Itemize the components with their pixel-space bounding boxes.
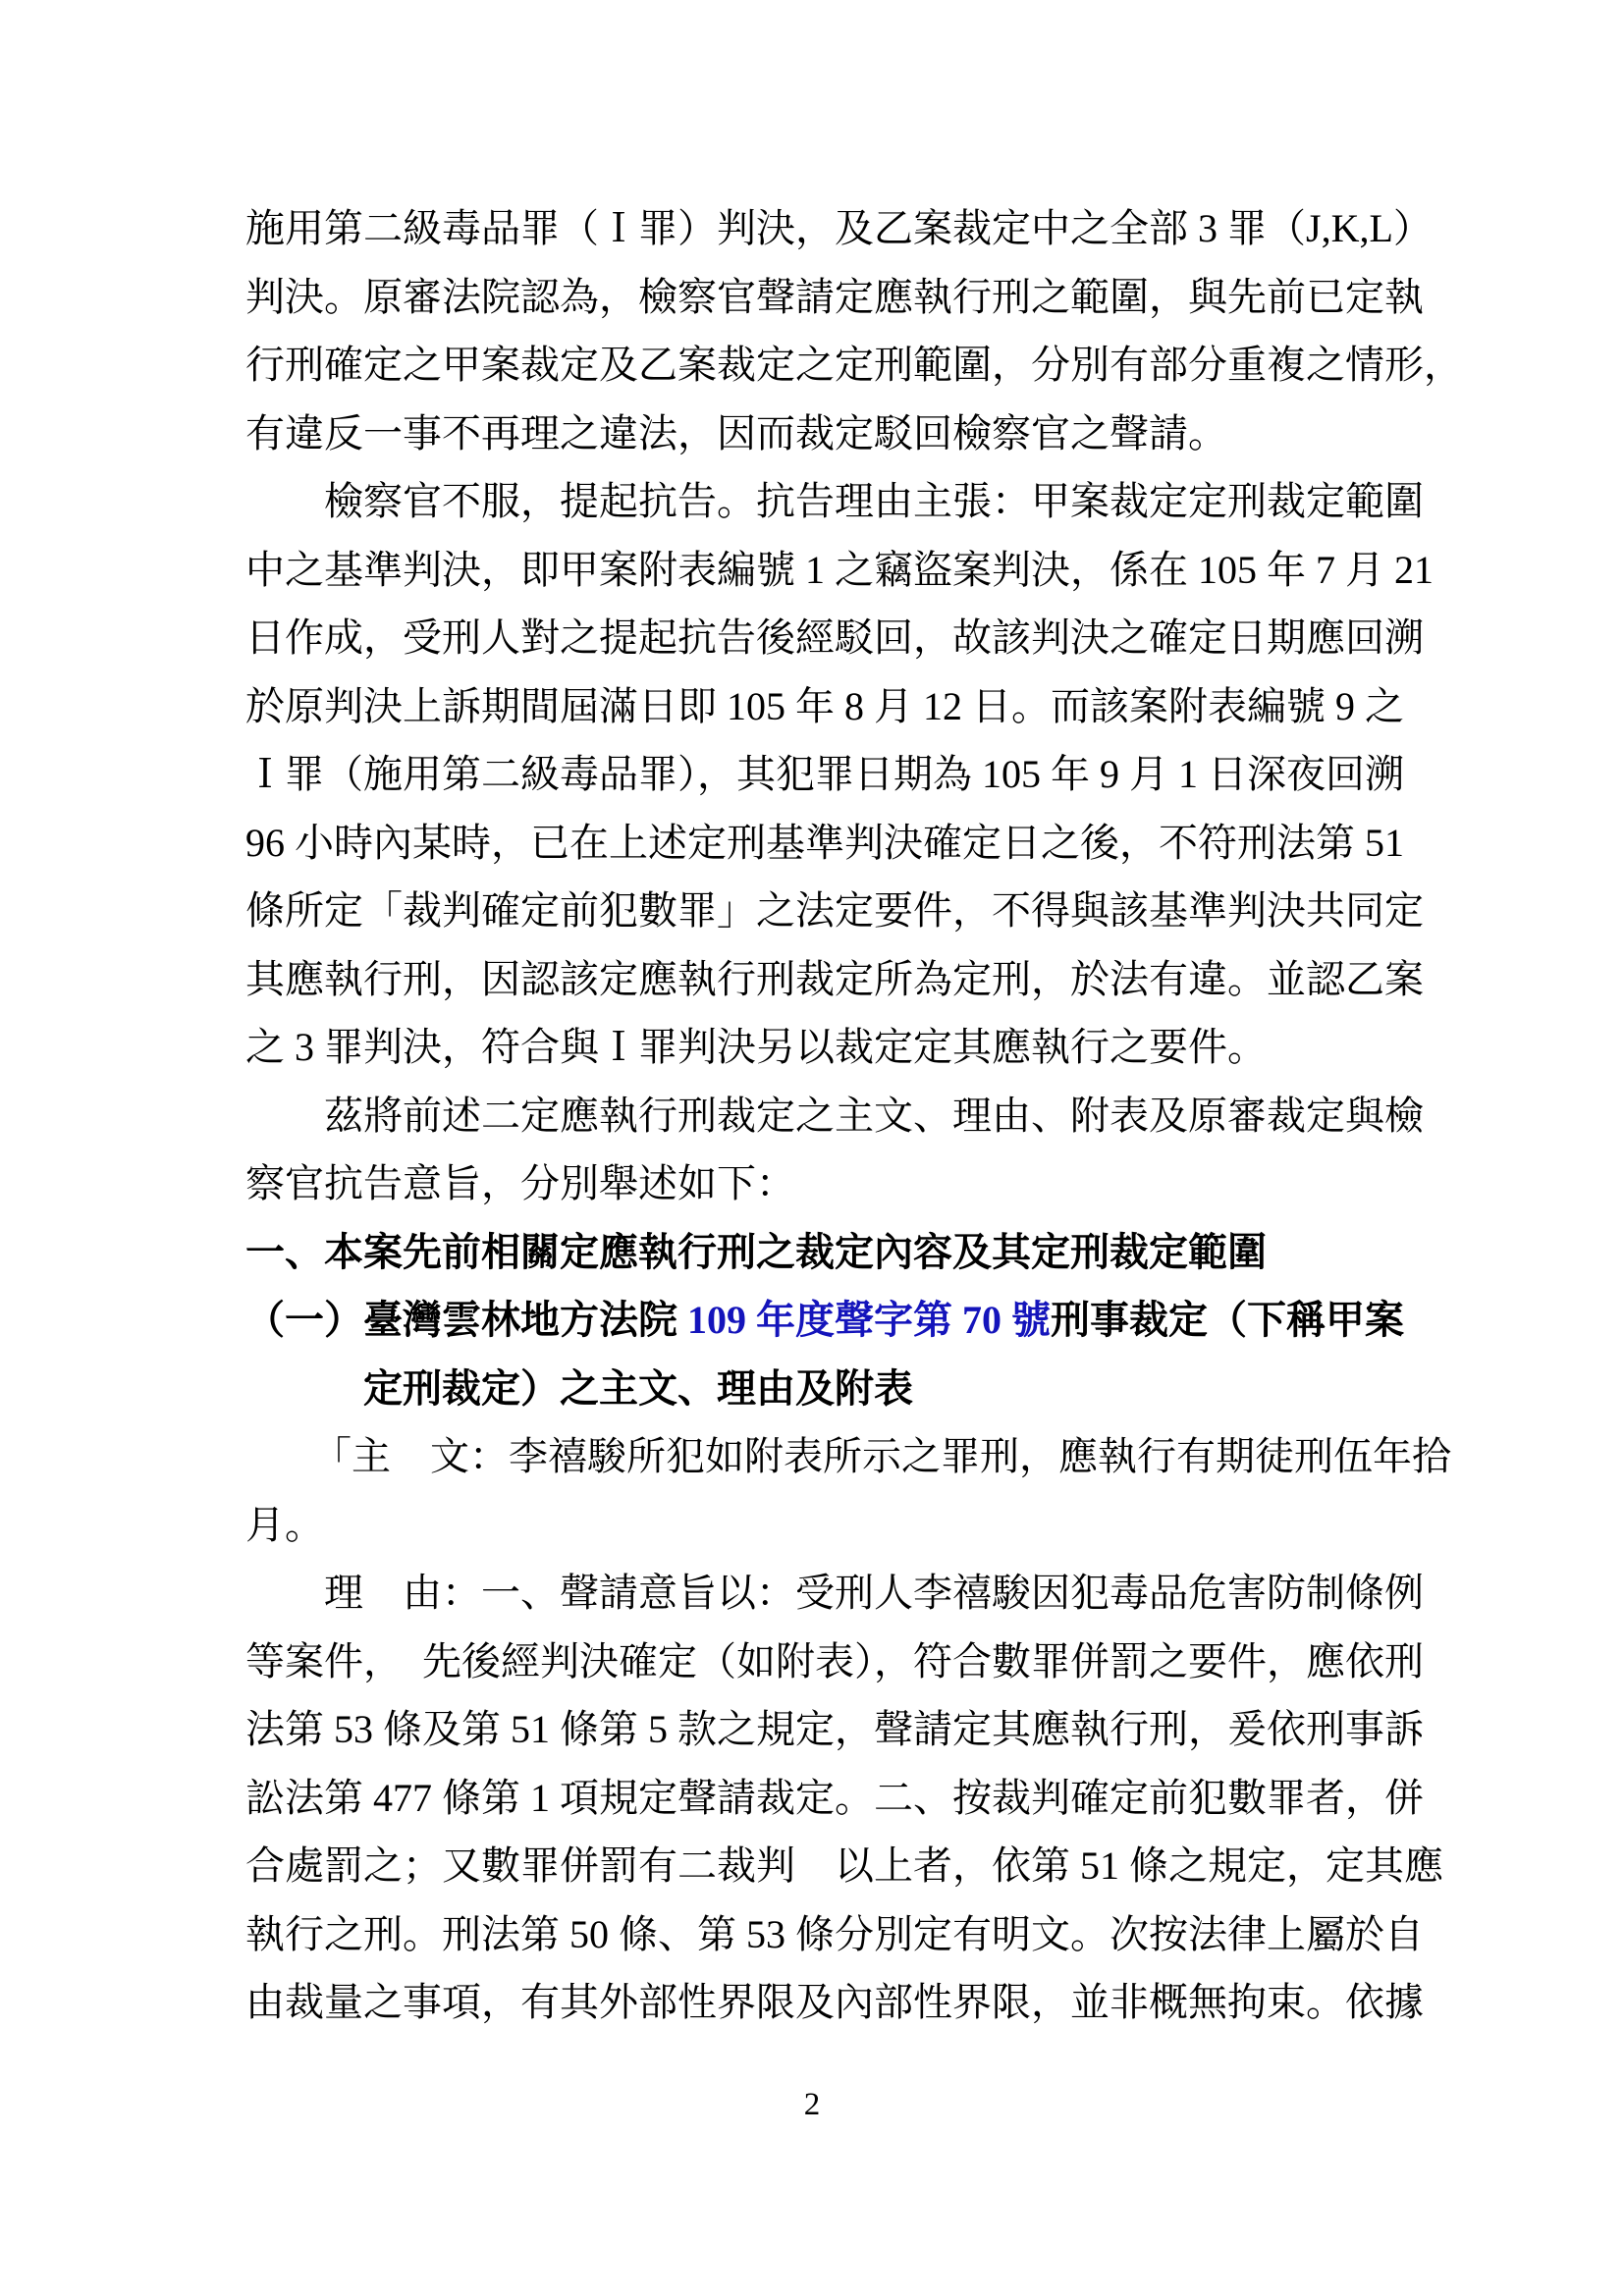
text-segment: 察官抗告意旨，分別舉述如下： (245, 1161, 795, 1205)
text-segment: 判決。原審法院認為，檢察官聲請定應執行刑之範圍，與先前已定執 (245, 275, 1424, 319)
text-segment: 於原判決上訴期間屆滿日即 105 年 8 月 12 日。而該案附表編號 9 之 (245, 684, 1404, 728)
text-segment: 96 小時內某時，已在上述定刑基準判決確定日之後，不符刑法第 51 (245, 821, 1404, 865)
text-line: 月。 (245, 1491, 1399, 1560)
text-segment: 法第 53 條及第 51 條第 5 款之規定，聲請定其應執行刑，爰依刑事訴 (245, 1707, 1424, 1751)
text-line: 判決。原審法院認為，檢察官聲請定應執行刑之範圍，與先前已定執 (245, 263, 1399, 332)
text-line: 其應執行刑，因認該定應執行刑裁定所為定刑，於法有違。並認乙案 (245, 945, 1399, 1014)
text-segment: 訟法第 477 條第 1 項規定聲請裁定。二、按裁判確定前犯數罪者，併 (245, 1776, 1424, 1820)
text-segment: 之 3 罪判決，符合與Ｉ罪判決另以裁定定其應執行之要件。 (245, 1025, 1267, 1069)
page-number: 2 (0, 2085, 1624, 2124)
text-segment: 理 由：一、聲請意旨以：受刑人李禧駿因犯毒品危害防制條例 (324, 1571, 1424, 1615)
text-segment: 檢察官不服，提起抗告。抗告理由主張：甲案裁定定刑裁定範圍 (324, 479, 1424, 523)
text-line: 於原判決上訴期間屆滿日即 105 年 8 月 12 日。而該案附表編號 9 之 (245, 672, 1399, 741)
text-segment: （一）臺灣雲林地方法院 (245, 1298, 687, 1342)
text-line: 茲將前述二定應執行刑裁定之主文、理由、附表及原審裁定與檢 (245, 1082, 1399, 1150)
text-segment: 「主 文：李禧駿所犯如附表所示之罪刑，應執行有期徒刑伍年拾 (312, 1434, 1451, 1478)
text-line: 條所定「裁判確定前犯數罪」之法定要件，不得與該基準判決共同定 (245, 877, 1399, 945)
text-line: 定刑裁定）之主文、理由及附表 (245, 1355, 1399, 1423)
text-line: 一、本案先前相關定應執行刑之裁定內容及其定刑裁定範圍 (245, 1218, 1399, 1287)
text-line: 之 3 罪判決，符合與Ｉ罪判決另以裁定定其應執行之要件。 (245, 1013, 1399, 1082)
text-line: 96 小時內某時，已在上述定刑基準判決確定日之後，不符刑法第 51 (245, 809, 1399, 878)
text-line: 等案件， 先後經判決確定（如附表），符合數罪併罰之要件，應依刑 (245, 1628, 1399, 1696)
text-line: 理 由：一、聲請意旨以：受刑人李禧駿因犯毒品危害防制條例 (245, 1559, 1399, 1628)
case-number-highlight: 109 年度聲字第 70 號 (687, 1298, 1051, 1342)
text-segment: 條所定「裁判確定前犯數罪」之法定要件，不得與該基準判決共同定 (245, 888, 1424, 933)
text-line: （一）臺灣雲林地方法院 109 年度聲字第 70 號刑事裁定（下稱甲案 (245, 1286, 1399, 1355)
text-line: 檢察官不服，提起抗告。抗告理由主張：甲案裁定定刑裁定範圍 (245, 467, 1399, 536)
text-line: 中之基準判決，即甲案附表編號 1 之竊盜案判決，係在 105 年 7 月 21 (245, 536, 1399, 605)
text-segment: 其應執行刑，因認該定應執行刑裁定所為定刑，於法有違。並認乙案 (245, 957, 1424, 1001)
text-line: 有違反一事不再理之違法，因而裁定駁回檢察官之聲請。 (245, 400, 1399, 468)
court-ruling-page: 施用第二級毒品罪（Ｉ罪）判決，及乙案裁定中之全部 3 罪（J,K,L）判決。原審… (0, 0, 1624, 2296)
text-segment: 執行之刑。刑法第 50 條、第 53 條分別定有明文。次按法律上屬於自 (245, 1912, 1424, 1956)
text-segment: 茲將前述二定應執行刑裁定之主文、理由、附表及原審裁定與檢 (324, 1094, 1424, 1138)
text-segment: 刑事裁定（下稱甲案 (1051, 1298, 1404, 1342)
text-segment: 中之基準判決，即甲案附表編號 1 之竊盜案判決，係在 105 年 7 月 21 (245, 548, 1434, 592)
text-segment: 合處罰之；又數罪併罰有二裁判 以上者，依第 51 條之規定，定其應 (245, 1843, 1443, 1888)
text-line: 合處罰之；又數罪併罰有二裁判 以上者，依第 51 條之規定，定其應 (245, 1832, 1399, 1900)
text-line: 行刑確定之甲案裁定及乙案裁定之定刑範圍，分別有部分重複之情形， (245, 331, 1399, 400)
text-line: 日作成，受刑人對之提起抗告後經駁回，故該判決之確定日期應回溯 (245, 604, 1399, 672)
text-segment: Ｉ罪（施用第二級毒品罪），其犯罪日期為 105 年 9 月 1 日深夜回溯 (245, 752, 1404, 796)
text-segment: 由裁量之事項，有其外部性界限及內部性界限，並非概無拘束。依據 (245, 1980, 1424, 2024)
text-line: 由裁量之事項，有其外部性界限及內部性界限，並非概無拘束。依據 (245, 1968, 1399, 2037)
text-line: 執行之刑。刑法第 50 條、第 53 條分別定有明文。次按法律上屬於自 (245, 1900, 1399, 1969)
text-segment: 月。 (245, 1503, 324, 1547)
text-segment: 等案件， 先後經判決確定（如附表），符合數罪併罰之要件，應依刑 (245, 1639, 1424, 1683)
text-segment: 有違反一事不再理之違法，因而裁定駁回檢察官之聲請。 (245, 411, 1227, 455)
text-segment: 行刑確定之甲案裁定及乙案裁定之定刑範圍，分別有部分重複之情形， (245, 343, 1463, 387)
text-segment: 一、本案先前相關定應執行刑之裁定內容及其定刑裁定範圍 (245, 1230, 1267, 1274)
text-segment: 日作成，受刑人對之提起抗告後經駁回，故該判決之確定日期應回溯 (245, 615, 1424, 660)
text-line: 「主 文：李禧駿所犯如附表所示之罪刑，應執行有期徒刑伍年拾 (245, 1422, 1399, 1491)
text-line: 訟法第 477 條第 1 項規定聲請裁定。二、按裁判確定前犯數罪者，併 (245, 1764, 1399, 1833)
text-line: Ｉ罪（施用第二級毒品罪），其犯罪日期為 105 年 9 月 1 日深夜回溯 (245, 740, 1399, 809)
text-line: 察官抗告意旨，分別舉述如下： (245, 1149, 1399, 1218)
document-body: 施用第二級毒品罪（Ｉ罪）判決，及乙案裁定中之全部 3 罪（J,K,L）判決。原審… (245, 194, 1399, 2037)
text-segment: 施用第二級毒品罪（Ｉ罪）判決，及乙案裁定中之全部 3 罪（J,K,L） (245, 206, 1433, 250)
text-line: 施用第二級毒品罪（Ｉ罪）判決，及乙案裁定中之全部 3 罪（J,K,L） (245, 194, 1399, 263)
text-segment: 定刑裁定）之主文、理由及附表 (363, 1366, 913, 1411)
text-line: 法第 53 條及第 51 條第 5 款之規定，聲請定其應執行刑，爰依刑事訴 (245, 1695, 1399, 1764)
